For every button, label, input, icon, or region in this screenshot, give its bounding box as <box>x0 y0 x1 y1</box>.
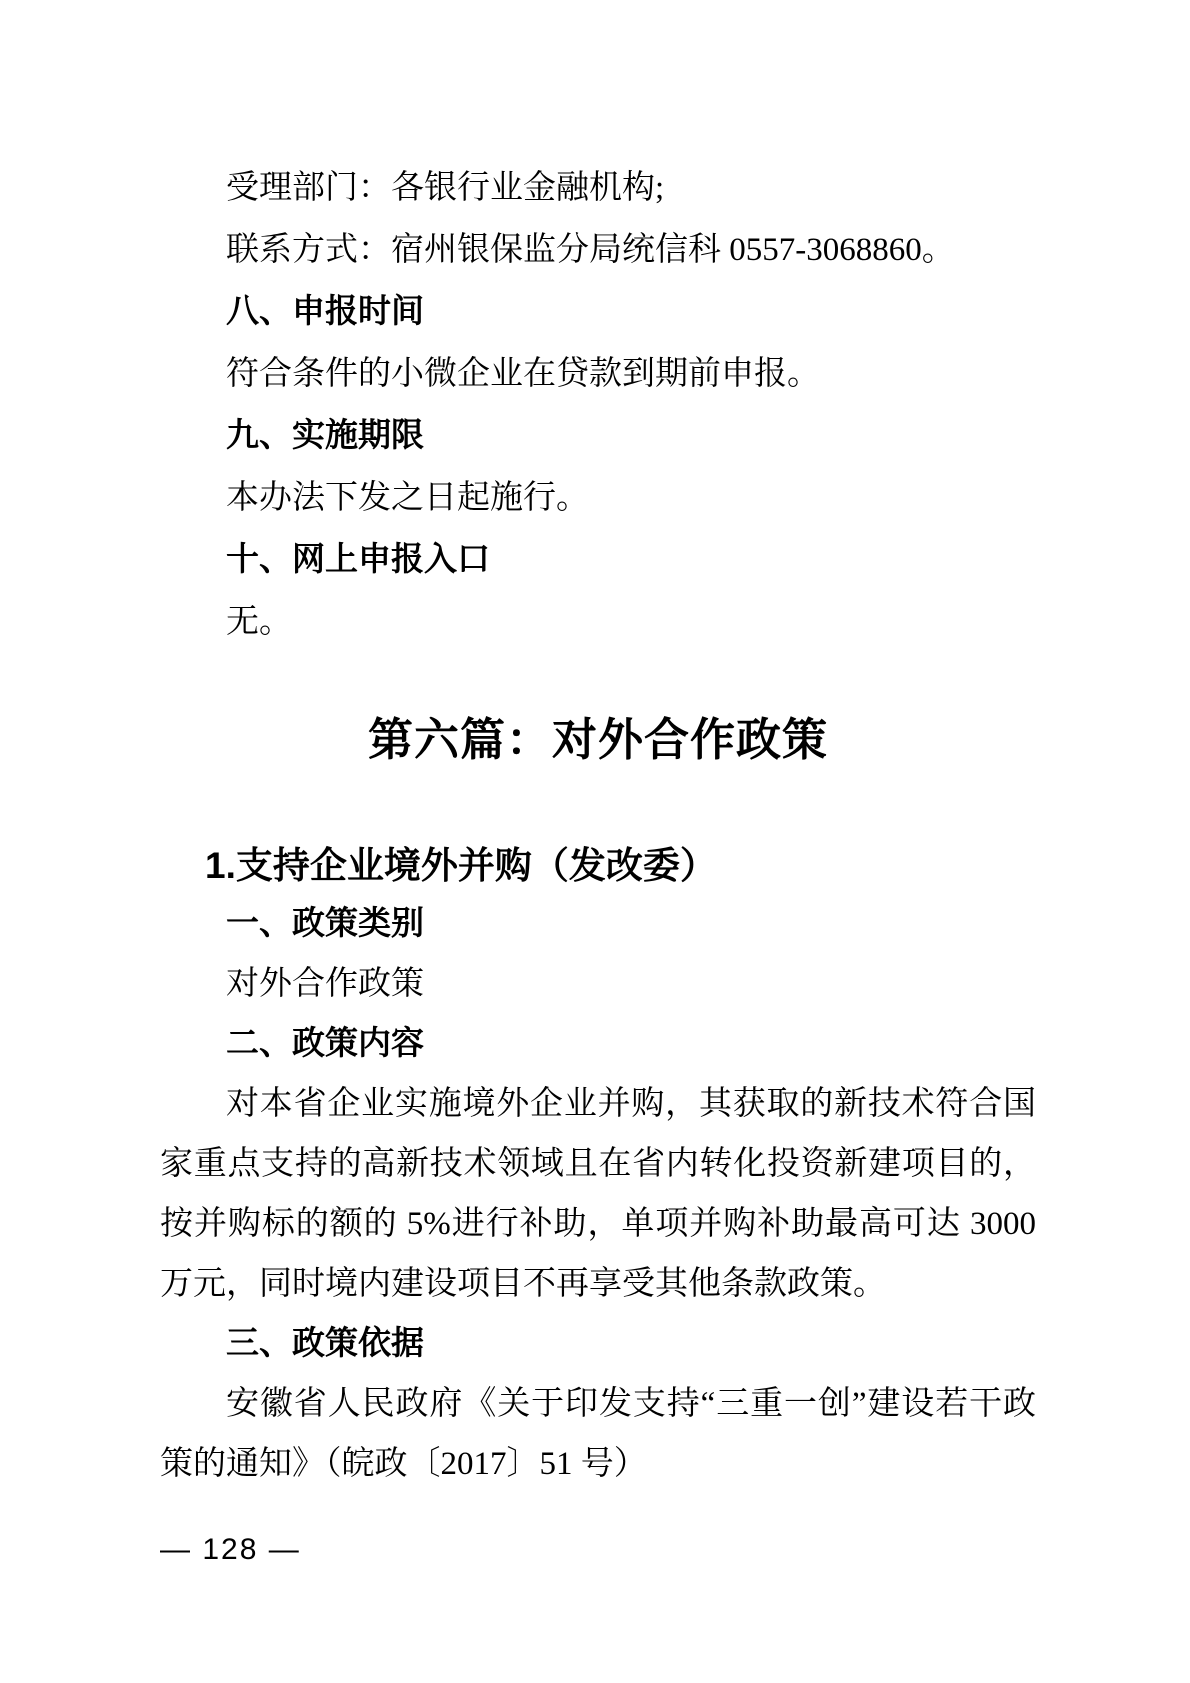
policy-section3-heading: 三、政策依据 <box>160 1314 1036 1374</box>
page-number: — 128 — <box>160 1535 301 1565</box>
contact-line: 联系方式：宿州银保监分局统信科 0557-3068860。 <box>160 219 1036 281</box>
policy-title: 1.支持企业境外并购（发改委） <box>160 838 1036 894</box>
section9-body: 本办法下发之日起施行。 <box>160 467 1036 529</box>
document-page: 受理部门：各银行业金融机构; 联系方式：宿州银保监分局统信科 0557-3068… <box>0 0 1190 1683</box>
section8-body: 符合条件的小微企业在贷款到期前申报。 <box>160 343 1036 405</box>
section10-body: 无。 <box>160 591 1036 653</box>
document-content: 受理部门：各银行业金融机构; 联系方式：宿州银保监分局统信科 0557-3068… <box>160 157 1036 1494</box>
policy-section2-body: 对本省企业实施境外企业并购，其获取的新技术符合国家重点支持的高新技术领域且在省内… <box>160 1074 1036 1314</box>
policy-section1-body: 对外合作政策 <box>160 954 1036 1014</box>
section10-heading: 十、网上申报入口 <box>160 529 1036 591</box>
section9-heading: 九、实施期限 <box>160 405 1036 467</box>
section8-heading: 八、申报时间 <box>160 281 1036 343</box>
chapter-title: 第六篇：对外合作政策 <box>160 708 1036 772</box>
policy-section3-body: 安徽省人民政府《关于印发支持“三重一创”建设若干政策的通知》（皖政〔2017〕5… <box>160 1374 1036 1494</box>
policy-section2-heading: 二、政策内容 <box>160 1014 1036 1074</box>
policy-section1-heading: 一、政策类别 <box>160 894 1036 954</box>
acceptance-department-line: 受理部门：各银行业金融机构; <box>160 157 1036 219</box>
